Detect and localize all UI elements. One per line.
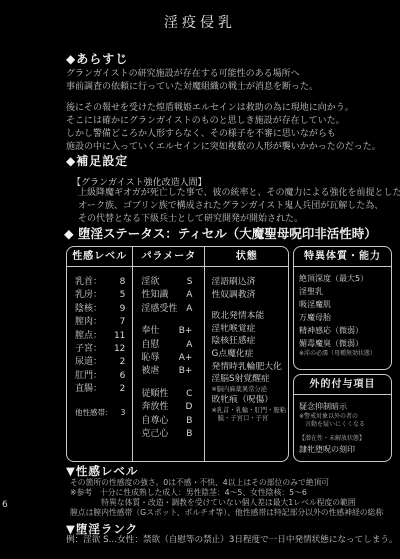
parameter-label: 性知識 xyxy=(141,289,168,302)
sensitivity-row: 肛門： 6 xyxy=(75,370,125,383)
parameter-value: S xyxy=(187,276,193,289)
sensitivity-row: 尿道： 2 xyxy=(75,356,125,369)
parameter-value: B xyxy=(186,415,192,428)
state-column: 状態 淫語刷込済性奴調教済敗北発情本能淫牝喉覚症陰核狂感症G点魔化症発情時乳輪肥… xyxy=(205,247,288,461)
state-item: 膜・子宮口・子宮 xyxy=(211,415,286,424)
status-section-header: ◆ 堕淫ステータス：ティセル（大魔聖母呪印非活性時） xyxy=(64,224,377,242)
parameter-row: 従順性 C xyxy=(141,388,192,401)
rank-legend-line: 例：淫欲 S…女性：禁欲（自慰等の禁止）3日程度で一日中発情状態になってしまう。 xyxy=(66,535,398,546)
sensitivity-label: 膣肉： xyxy=(75,316,102,329)
sensitivity-label: 他性感帯： xyxy=(75,406,113,419)
parameter-label: 奔放性 xyxy=(141,401,168,414)
state-item: G点魔化症 xyxy=(211,348,286,361)
rank-legend-body: 例：淫欲 S…女性：禁欲（自慰等の禁止）3日程度で一日中発情状態になってしまう。 xyxy=(66,535,398,546)
external-box: 外的付与項目 疑念抑制暗示※警戒対象以外の者の 言動を疑いにくくなる【潜在性・未… xyxy=(293,374,392,462)
synopsis-paragraph-2: 後にその報せを受けた煌盾戦姫エルセインは救助の為に現地に向かう。そこには確かにグ… xyxy=(66,102,381,154)
parameter-rows: 淫欲 S 性知識 A 淫感受性 A 奉仕 B+ 自慰 A xyxy=(133,267,204,461)
sensitivity-label: 子宮： xyxy=(75,343,102,356)
sensitivity-value: 9 xyxy=(120,303,126,316)
state-item: 性奴調教済 xyxy=(211,289,286,302)
state-item: 淫牝喉覚症 xyxy=(211,323,286,336)
external-item: ※警戒対象以外の者の xyxy=(299,413,388,421)
sensitivity-row: 直腸： 2 xyxy=(75,383,125,396)
parameter-label: 淫欲 xyxy=(141,276,159,289)
parameter-row: 淫感受性 A xyxy=(141,303,192,316)
parameter-label: 恥辱 xyxy=(141,352,159,365)
parameter-row: 自尊心 B xyxy=(141,415,192,428)
parameter-value: A xyxy=(186,289,192,302)
trait-item: 吸淫魔肌 xyxy=(299,298,388,311)
synopsis-header: ◆あらすじ xyxy=(66,50,128,67)
supplement-line: 上級降魔ギオガが死亡した事で、彼の統率と、その魔力による強化を前提とした xyxy=(78,187,400,200)
sensitivity-value: 6 xyxy=(120,370,126,383)
sensitivity-label: 肛門： xyxy=(75,370,102,383)
parameter-row: 克己心 B xyxy=(141,428,192,441)
status-table: 性感レベル 乳首： 8 乳房： 5 陰核： 9 膣肉： 7 xyxy=(66,246,392,462)
traits-items: 絶頂深度（最大5）淫聖乳吸淫魔肌万魔母胎精神感応（微弱）媚毒魔臭（微弱）※淫の必… xyxy=(294,267,391,369)
parameter-label: 自慰 xyxy=(141,339,159,352)
state-column-header: 状態 xyxy=(205,247,288,267)
sensitivity-value: 2 xyxy=(120,356,126,369)
trait-item: 万魔母胎 xyxy=(299,311,388,324)
state-item: 敗牝痕（呪傷） xyxy=(211,394,286,407)
sensitivity-row: 膣肉： 7 xyxy=(75,316,125,329)
sensitivity-label: 陰核： xyxy=(75,303,102,316)
sensitivity-row: 陰核： 9 xyxy=(75,303,125,316)
parameter-row: 奉仕 B+ xyxy=(141,325,192,338)
sensitivity-row: 乳首： 8 xyxy=(75,276,125,289)
parameter-row: 性知識 A xyxy=(141,289,192,302)
external-box-header: 外的付与項目 xyxy=(294,375,391,395)
parameter-row: 被虐 B+ xyxy=(141,365,192,378)
external-item: 【潜在性・未解放状態】 xyxy=(299,435,388,443)
sensitivity-label: 尿道： xyxy=(75,356,102,369)
state-item: 淫語刷込済 xyxy=(211,276,286,289)
sensitivity-row: 乳房： 5 xyxy=(75,289,125,302)
state-items: 淫語刷込済性奴調教済敗北発情本能淫牝喉覚症陰核狂感症G点魔化症発情時乳輪肥大化淫… xyxy=(205,267,288,461)
parameter-label: 克己心 xyxy=(141,428,168,441)
sensitivity-value: 11 xyxy=(114,330,125,343)
state-item: ※脳内麻薬異常分泌 xyxy=(211,386,286,395)
parameter-value: B xyxy=(186,428,192,441)
spacer xyxy=(141,316,192,325)
sensitivity-column-header: 性感レベル xyxy=(67,247,132,267)
sensitivity-row: 他性感帯： 3 xyxy=(75,406,125,419)
trait-item: 淫聖乳 xyxy=(299,285,388,298)
sensitivity-value: 2 xyxy=(120,383,126,396)
parameter-label: 奉仕 xyxy=(141,325,159,338)
spacer xyxy=(141,379,192,388)
sensitivity-label: 乳房： xyxy=(75,289,102,302)
trait-item: ※淫の必濡（母種無効状態） xyxy=(299,350,388,358)
sensitivity-column: 性感レベル 乳首： 8 乳房： 5 陰核： 9 膣肉： 7 xyxy=(67,247,133,461)
supplement-header: ◆補足設定 xyxy=(66,152,128,169)
external-items: 疑念抑制暗示※警戒対象以外の者の 言動を疑いにくくなる【潜在性・未解放状態】隷牝… xyxy=(294,395,391,461)
external-item: 隷牝堕呪の刻印 xyxy=(299,443,388,456)
page-title: 淫疫侵乳 xyxy=(0,12,400,32)
parameter-value: C xyxy=(186,388,192,401)
parameter-row: 奔放性 D xyxy=(141,401,192,414)
parameter-label: 淫感受性 xyxy=(141,303,177,316)
state-item: 淫脳S射覚醒症 xyxy=(211,373,286,386)
synopsis-paragraph-1: グランガイストの研究施設が存在する可能性のある場所へ事前調査の依頼に行っていた対… xyxy=(66,68,318,94)
state-item: 発情時乳輪肥大化 xyxy=(211,361,286,374)
trait-item: 絶頂深度（最大5） xyxy=(299,272,388,285)
synopsis-line: 後にその報せを受けた煌盾戦姫エルセインは救助の為に現地に向かう。 xyxy=(66,102,381,115)
sensitivity-row: 子宮： 12 xyxy=(75,343,125,356)
legend-line: その箇所の性感度の強さ。0は不感・不快、4以上はその部位のみで絶頂可 xyxy=(70,478,383,488)
legend-line: 膣点は膣内性感帯（Gスポット、ポルチオ等）、他性感帯は特記部分以外の性感神経の総… xyxy=(70,508,383,518)
external-item: 疑念抑制暗示 xyxy=(299,400,388,413)
page-number: 6 xyxy=(2,500,8,510)
status-main-box: 性感レベル 乳首： 8 乳房： 5 陰核： 9 膣肉： 7 xyxy=(66,246,289,462)
external-item: 言動を疑いにくくなる xyxy=(299,421,388,429)
parameter-row: 恥辱 A+ xyxy=(141,352,192,365)
spacer xyxy=(211,301,286,310)
sensitivity-row: 膣点： 11 xyxy=(75,330,125,343)
synopsis-line: そこには確かにグランガイストのものと思しき施設が存在していた。 xyxy=(66,115,381,128)
parameter-label: 被虐 xyxy=(141,365,159,378)
trait-item: 媚毒魔臭（微弱） xyxy=(299,337,388,350)
parameter-value: B+ xyxy=(179,325,193,338)
supplement-line: オーク族、ゴブリン族で構成されたグランガイスト鬼人兵団が瓦解した為、 xyxy=(78,200,400,213)
sensitivity-value: 12 xyxy=(114,343,125,356)
sensitivity-value: 5 xyxy=(120,289,126,302)
sensitivity-value: 3 xyxy=(121,406,126,419)
parameter-column: パラメータ 淫欲 S 性知識 A 淫感受性 A 奉仕 B+ xyxy=(133,247,205,461)
parameter-value: A+ xyxy=(179,352,193,365)
sensitivity-legend-body: その箇所の性感度の強さ。0は不感・不快、4以上はその部位のみで絶頂可※参考 十分… xyxy=(70,478,383,518)
parameter-value: A xyxy=(186,303,192,316)
supplement-body: 上級降魔ギオガが死亡した事で、彼の統率と、その魔力による強化を前提としたオーク族… xyxy=(78,187,400,226)
synopsis-line: グランガイストの研究施設が存在する可能性のある場所へ xyxy=(66,68,318,81)
trait-item: 精神感応（微弱） xyxy=(299,324,388,337)
spacer xyxy=(75,397,125,406)
parameter-label: 従順性 xyxy=(141,388,168,401)
parameter-value: D xyxy=(186,401,193,414)
legend-line: ※参考 十分に性成熟した成人：男性陰茎：4～5、女性陰核：5～6 xyxy=(70,488,383,498)
sensitivity-label: 直腸： xyxy=(75,383,102,396)
parameter-label: 自尊心 xyxy=(141,415,168,428)
synopsis-line: 事前調査の依頼に行っていた対魔組織の戦士が消息を断った。 xyxy=(66,81,318,94)
sensitivity-value: 8 xyxy=(120,276,126,289)
parameter-row: 淫欲 S xyxy=(141,276,192,289)
parameter-column-header: パラメータ xyxy=(133,247,204,267)
sensitivity-legend-header: ▼性感レベル xyxy=(66,463,138,479)
state-item: 陰核狂感症 xyxy=(211,335,286,348)
status-right-column: 特異体質・能力 絶頂深度（最大5）淫聖乳吸淫魔肌万魔母胎精神感応（微弱）媚毒魔臭… xyxy=(293,246,392,462)
legend-line: 特異な体質・改造・調教を受けていない個人差は最大1レベル程度の範囲 xyxy=(70,498,383,508)
parameter-value: A xyxy=(186,339,192,352)
state-item: 敗北発情本能 xyxy=(211,310,286,323)
sensitivity-value: 7 xyxy=(120,316,126,329)
sensitivity-label: 乳首： xyxy=(75,276,102,289)
traits-box-header: 特異体質・能力 xyxy=(294,247,391,267)
parameter-row: 自慰 A xyxy=(141,339,192,352)
sensitivity-rows: 乳首： 8 乳房： 5 陰核： 9 膣肉： 7 膣点： 11 xyxy=(67,267,132,461)
sensitivity-label: 膣点： xyxy=(75,330,102,343)
parameter-value: B+ xyxy=(179,365,193,378)
traits-box: 特異体質・能力 絶頂深度（最大5）淫聖乳吸淫魔肌万魔母胎精神感応（微弱）媚毒魔臭… xyxy=(293,246,392,370)
synopsis-line: しかし警備どころか人形すらなく、その様子を不審に思いながらも xyxy=(66,128,381,141)
